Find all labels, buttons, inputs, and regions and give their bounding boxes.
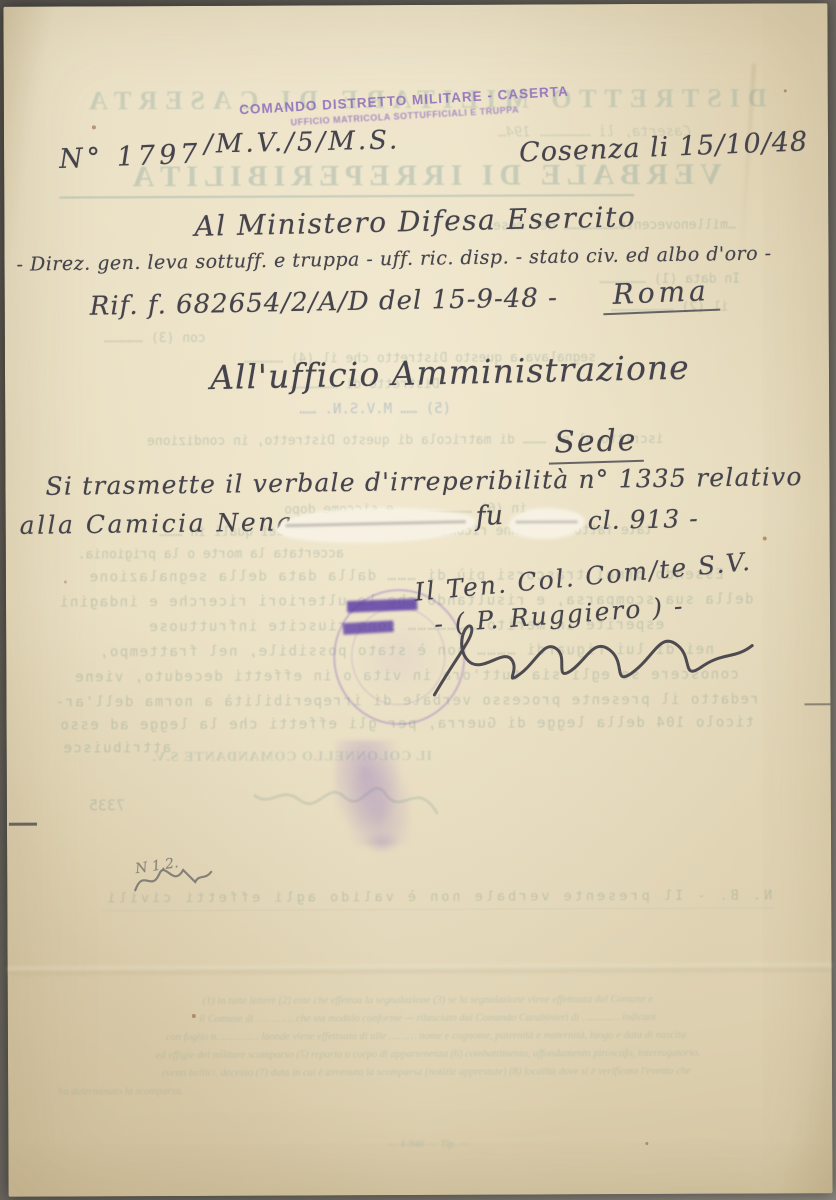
ghost-title-underline xyxy=(59,194,634,199)
printer-imprint: — 4-946 — Tip. — xyxy=(298,1138,558,1150)
body-line2-end: cl. 913 - xyxy=(587,504,699,535)
ghost-line: accertata la morte o la prigionia. xyxy=(46,546,376,562)
rust-speck xyxy=(64,581,67,584)
overstamp-bar1: ▆▆▆▆▆▆▆ xyxy=(347,596,418,614)
paper-sheet: DISTRETTO MILITARE DI CASERTA Caserta, l… xyxy=(3,3,832,1197)
footnote-line: eventi bellici, decesso (7) data in cui … xyxy=(48,1065,804,1079)
second-recipient-city: Sede xyxy=(548,423,644,465)
body-line1: Si trasmette il verbale d'irreperibilità… xyxy=(45,462,802,501)
rust-speck xyxy=(92,125,96,129)
body-line2-mid: fu xyxy=(475,500,504,533)
recipient-line1: Al Ministero Difesa Esercito xyxy=(194,200,636,243)
ghost-line: (5) …… M.V.S.N. …… xyxy=(225,401,525,418)
reference-line: Rif. f. 682654/2/A/D del 15-9-48 - xyxy=(89,283,558,322)
stamp-ink-residue-small xyxy=(362,830,402,855)
recipient-line2: - Direz. gen. leva sottuff. e truppa - u… xyxy=(16,243,771,276)
signature-scrawl xyxy=(416,615,766,702)
footnote-line: ha determinato la scomparsa. xyxy=(58,1086,298,1098)
body-line2-start: alla Camicia Nena xyxy=(19,507,294,540)
recipient-city: Roma xyxy=(602,274,721,316)
footnote-line: il Comune di ………… che sta modulo conform… xyxy=(58,1011,798,1025)
file-reference: /M.V./5/M.S. xyxy=(204,125,401,159)
overstamp-bar2: ▆▆▆▆▆ xyxy=(343,618,394,636)
fold-crease xyxy=(8,963,832,975)
rust-speck xyxy=(784,89,787,92)
rust-speck xyxy=(192,1014,196,1018)
footnote-line: (1) in tutte lettere (2) ente che effett… xyxy=(98,994,758,1008)
ghost-number: 7335 xyxy=(62,796,152,814)
footnote-line: ed effigie del militare scomparso (5) re… xyxy=(53,1047,803,1061)
ghost-line: con (3) …………… xyxy=(45,331,265,347)
rust-speck xyxy=(645,1142,648,1145)
rust-speck xyxy=(763,536,767,540)
footnote-line: con foglio n. ………… laonde viene effettua… xyxy=(48,1029,804,1043)
right-edge-tick xyxy=(804,703,830,705)
protocol-number: N° 1797 xyxy=(59,138,203,175)
left-edge-tick xyxy=(9,823,37,826)
whiteout-scratch-2 xyxy=(516,520,578,523)
